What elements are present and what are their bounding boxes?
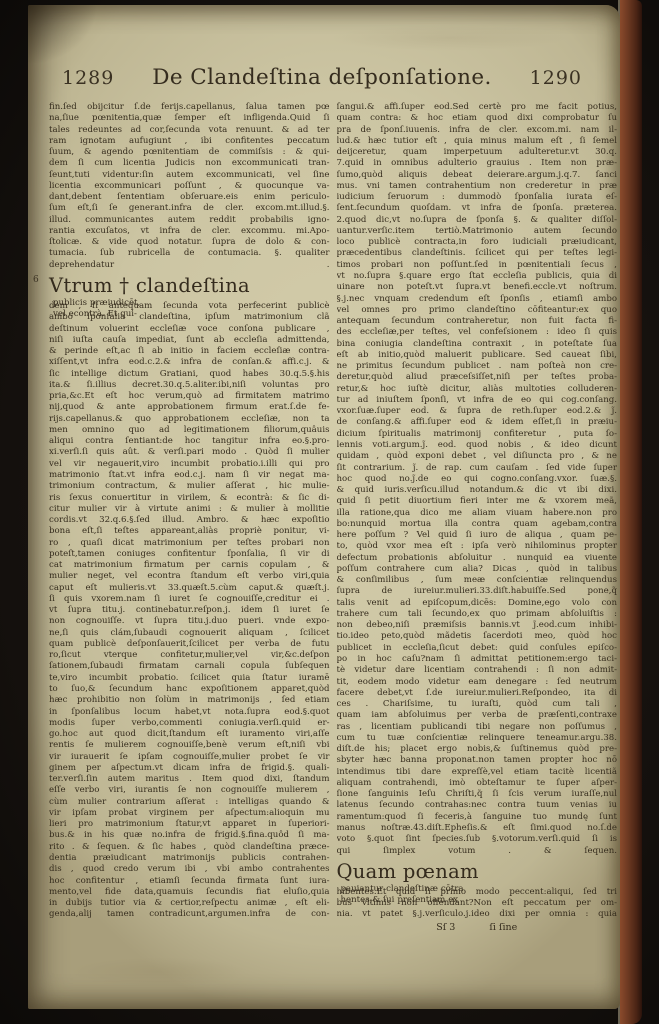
- text-line: quid ſi petit diuortium fieri inter me &…: [337, 496, 618, 507]
- text-line: ras , licentiam publicandi tibi negare n…: [337, 722, 618, 733]
- text-line: men omnino quo ad legitimationem filioru…: [49, 425, 330, 436]
- text-line: quidam , quòd exponi debet , vel diſiunc…: [337, 451, 618, 462]
- text-line: ſangui.& affi.ſuper eod.Sed certè pro me…: [337, 102, 618, 113]
- text-line: præcedentibus clandeſtinis. ſcilicet qui…: [337, 248, 618, 259]
- text-line: eſt ab initio,quòd maluerit publicare. S…: [337, 350, 618, 361]
- margin-gloss-number: 6: [33, 275, 39, 285]
- text-line: ſationem,ſubaudi firmatam carnali copula…: [49, 661, 330, 672]
- text-line: hæc prohibitio non ſolùm in matrimonijs …: [49, 695, 330, 706]
- text-line: tit, eodem modo videtur eam denegare : ſ…: [337, 677, 618, 688]
- catchword: ſi ſine: [489, 922, 517, 933]
- text-line: bona eſt,ſi teſtes appareant,aliàs propr…: [49, 526, 330, 537]
- text-line: genda,alij tamen contradicunt,argumen.in…: [49, 909, 330, 920]
- text-line: citur mulier vir à virtute animi : & mul…: [49, 504, 330, 515]
- text-line: hoc quod no.j̃.de eo qui cogno.conſang.v…: [337, 474, 618, 485]
- text-line: timos probari non poſſunt.ſed in pœniten…: [337, 260, 618, 271]
- text-line: uinare non poteſt.vt ſupra.vt benefi.ecc…: [337, 282, 618, 293]
- text-line: xiſſent,vt infra eod.c.2.& infra de conſ…: [49, 357, 330, 368]
- text-line: nia. vt patet §.j.verſiculo.j.ideo dixi …: [337, 909, 618, 920]
- text-line: vt no.ſupra §.quare ergo ſtat eccleſia p…: [337, 271, 618, 282]
- text-line: latenus ſecundo contrahas:nec contra tuu…: [337, 800, 618, 811]
- text-line: matrimonio ſtat.vt infra eod.c.j. nam ſi…: [49, 470, 330, 481]
- text-line: dis , quod credo verum ibi , vbi ambo co…: [49, 864, 330, 875]
- text-line: hentes,& ſui preſentiam ex: [341, 895, 491, 906]
- text-line: vir ipſam probat virginem per aſpectum:a…: [49, 808, 330, 819]
- text-line: ſent.ſecundum quoſdam. vt infra de ſponſ…: [337, 203, 618, 214]
- text-line: publicis præiudicēt,: [53, 298, 203, 309]
- text-line: retur,& hoc iuſtè dicitur, aliàs multoti…: [337, 384, 618, 395]
- text-line: rantia excuſatos, vt infra de cler. exco…: [49, 226, 330, 237]
- text-line: qui ſimplex votum . & ſequen.: [337, 846, 618, 857]
- text-line: lieri pro matrimonium ſtatur,vt apparet …: [49, 819, 330, 830]
- running-title: De Clandeſtina deſponſatione.: [152, 65, 492, 90]
- text-line: po in hoc caſu?nam ſi admittat petitione…: [337, 654, 618, 665]
- section-heading-quam-poenam: Quam pœnam pauiantur clandeſtinæ cōtrahe…: [337, 859, 618, 886]
- text-line: de conſang.& affi.ſuper eod & idem eſſet…: [337, 417, 618, 428]
- section-heading-utrum: 6 Vtrum † clandeſtina publicis præiudicē…: [49, 273, 330, 300]
- text-line: dentia præiudicant matrimonijs publicis …: [49, 853, 330, 864]
- text-line: §.j.nec vnquam credendum eſt ſponſis , e…: [337, 294, 618, 305]
- text-line: manus noſtræ.43.diſt.Epheſis.& eſt ſimi.…: [337, 823, 618, 834]
- text-line: dem ſi cum licentia Judicis non excommun…: [49, 158, 330, 169]
- text-line: rentis ſe mulierem cognouiſſe,benè verum…: [49, 740, 330, 751]
- text-line: pria,&c.Et eſt hoc verum,quò ad firmitat…: [49, 391, 330, 402]
- text-line: iudicium ſeruorum : dummodò ſponſalia iu…: [337, 192, 618, 203]
- text-line: te,viro incumbit probatio. ſcilicet quia…: [49, 673, 330, 684]
- text-line: ris ſexus conuertitur in virilem, & econ…: [49, 493, 330, 504]
- text-line: non cognouiſſe. vt ſupra titu.j.duo puer…: [49, 616, 330, 627]
- text-line: quam iam abſoluimus per verba de præſent…: [337, 710, 618, 721]
- text-line: diſt.de his; placet ergo nobis,& ſuſtine…: [337, 744, 618, 755]
- text-line: mus. vni tamen contrahentium non credere…: [337, 181, 618, 192]
- text-line: ſupra de iureiur.mulieri.33.diſt.habuiſſ…: [337, 586, 618, 597]
- text-line: publicet in eccleſia,ſicut debet: quid c…: [337, 643, 618, 654]
- section-heading-large-text: Quam pœnam: [337, 859, 479, 884]
- text-line: niſi iuſta cauſa impediat, ſunt ab eccle…: [49, 335, 330, 346]
- text-line: 2.quod dic,vt no.ſupra de ſponſa §. & qu…: [337, 215, 618, 226]
- text-line: go.hoc aut quod dicit,ſtandum eſt iurame…: [49, 729, 330, 740]
- folio-number-left: 1289: [62, 67, 114, 89]
- text-line: uantur.verſic.item tertiò.Matrimonio aut…: [337, 226, 618, 237]
- text-line: na,ſiue pœnitentia,quæ ſemper eſt inflig…: [49, 113, 330, 124]
- text-line: rijs.capellanus.& quo approbationem eccl…: [49, 414, 330, 425]
- text-line: ces . Chariſsime, tu iuraſti, quòd cum t…: [337, 699, 618, 710]
- text-columns: fin.ſed obijcitur ſ̃.de ferijs.capellanu…: [49, 102, 617, 933]
- text-line: vir iurauerit ſe ipſam cognouiſſe,mulier…: [49, 752, 330, 763]
- text-line: & perinde eſt,ac ſi ab initio in faciem …: [49, 346, 330, 357]
- text-line: ram ignotam aufugiunt , ibi confitentes …: [49, 136, 330, 147]
- text-line: poſſum contrahere cum alia? Dicas , quòd…: [337, 564, 618, 575]
- text-line: intendimus tibi dare expreſſè,vel etiam …: [337, 767, 618, 778]
- text-line: dant,debent ſententiam obſeruare.eis eni…: [49, 192, 330, 203]
- text-line: licentia excommunicari poſſunt , & quocu…: [49, 181, 330, 192]
- text-line: deijceretur, quam imperpetuum adulteretu…: [337, 147, 618, 158]
- text-line: ſeunt,tuti videntur:ſin autem excommunic…: [49, 170, 330, 181]
- text-line: cat matrimonium firmatum per carnis copu…: [49, 560, 330, 571]
- text-line: illud. communicantes autem reddit probab…: [49, 215, 330, 226]
- text-line: cùm mulier contrarium aſſerat : intellig…: [49, 797, 330, 808]
- page-header: 1289 De Clandeſtina deſponſatione. 1290: [28, 65, 620, 99]
- text-line: tur ad iniuſtem ſponſi, vt infra de eo q…: [337, 395, 618, 406]
- text-line: deſtinum voluerint eccleſiæ voce conſona…: [49, 324, 330, 335]
- text-line: nij,quod & ante approbationem firmum era…: [49, 402, 330, 413]
- paper-stain: [328, 25, 568, 51]
- text-line: modis ſuper verbo,commenti coniugia.verſ…: [49, 718, 330, 729]
- text-line: vel econtrà. Et qui-: [53, 309, 203, 320]
- paper-stain: [68, 957, 248, 987]
- text-line: ſuum, & agendo pœnitentiam de commiſsis …: [49, 147, 330, 158]
- text-line: vel vir negauerit,viro incumbit probatio…: [49, 459, 330, 470]
- text-line: ramentum:quod ſi feceris,à ſanguine tuo …: [337, 812, 618, 823]
- left-column: fin.ſed obijcitur ſ̃.de ferijs.capellanu…: [49, 102, 330, 933]
- text-line: trahere cum tali ſecundo,ex quo primam a…: [337, 609, 618, 620]
- text-line: in ſponſalibus locum habet,vt nota.ſupra…: [49, 707, 330, 718]
- text-line: vxor.ſuæ.ſuper eod. & ſupra de reth.ſupe…: [337, 406, 618, 417]
- text-line: lud.& hæc tutior eſt , quia minus malum …: [337, 136, 618, 147]
- text-line: rito . & ſequen. & ſic habes , quòd clan…: [49, 842, 330, 853]
- text-line: quam contra: & hoc etiam quod dixi compr…: [337, 113, 618, 124]
- text-line: antequam ſecundum contraheretur, non fui…: [337, 316, 618, 327]
- text-line: ſum eſt,ſi ſe generant.infra de cler. ex…: [49, 203, 330, 214]
- right-paragraph-1: ſangui.& affi.ſuper eod.Sed certè pro me…: [337, 102, 618, 857]
- folio-number-right: 1290: [530, 67, 582, 89]
- text-line: tumacia. ſub rubricella de contumacia. §…: [49, 248, 330, 259]
- text-line: quam publicè deſponſauerit,ſcilicet per …: [49, 639, 330, 650]
- text-line: to ſuo,& ſecundum hanc expoſitionem appa…: [49, 684, 330, 695]
- text-line: bo:nunquid mortua illa contra quam ageba…: [337, 519, 618, 530]
- text-line: eſſe verbo viri, iurantis ſe non cognoui…: [49, 785, 330, 796]
- text-line: ro , quaſi dicat matrimonium per teſtes …: [49, 538, 330, 549]
- text-line: mento,vel fide data,quamuis ſecundis fia…: [49, 887, 330, 898]
- text-line: talis venit ad epiſcopum,dicēs: Domine,e…: [337, 598, 618, 609]
- text-line: & quid iuris.verſicu.illud notandum.& di…: [337, 485, 618, 496]
- text-line: pauiantur clandeſtinæ cōtra: [341, 884, 491, 895]
- text-line: 7.quid in omnibus adulterio grauius . It…: [337, 158, 618, 169]
- text-line: voto §.quot ſint ſpecies.ſub §.votorum.v…: [337, 834, 618, 845]
- section-heading-large-text: Vtrum † clandeſtina: [49, 273, 250, 298]
- text-line: tales redeuntes ad cor,ſecunda vota renu…: [49, 125, 330, 136]
- text-line: pra de ſponſ.iuuenis. infra de cler. exc…: [337, 125, 618, 136]
- text-line: vt ſupra titu.j. continebatur.reſpon.j. …: [49, 605, 330, 616]
- section-heading-side-text: publicis præiudicēt,vel econtrà. Et qui-: [53, 298, 203, 320]
- text-line: lennis voti.argum.j̃. eod. quod nobis , …: [337, 440, 618, 451]
- text-line: bus.& in his quæ no.infra de frigid.§.fi…: [49, 830, 330, 841]
- binding-shadow: [28, 5, 98, 65]
- text-line: & conſimilibus , ſum meæ conſcientiæ rel…: [337, 575, 618, 586]
- text-line: ſic intellige dictum Gratiani, quod habe…: [49, 369, 330, 380]
- text-line: deretur,quòd aliud præceſsiſſet,niſi per…: [337, 372, 618, 383]
- text-line: poteſt,tamen coniuges confitentur ſponſa…: [49, 549, 330, 560]
- text-line: ſione ſanguinis Ieſu Chriſti,q̃ ſi ſcis …: [337, 789, 618, 800]
- text-line: vel omnes pro primo clandeſtino cōfitean…: [337, 305, 618, 316]
- text-line: illa ratione,qua dico me aliam viuam hab…: [337, 508, 618, 519]
- text-line: to, quòd vxor mea eſt : ipſa verò nihilo…: [337, 541, 618, 552]
- text-line: mulier neget, vel econtra ſtandum eſt ve…: [49, 571, 330, 582]
- left-paragraph-1: fin.ſed obijcitur ſ̃.de ferijs.capellanu…: [49, 102, 330, 271]
- text-line: aliquam contrahendi, imò obteſtamur te ſ…: [337, 778, 618, 789]
- text-line: in dubijs tutior via & certior,reſpectu …: [49, 898, 330, 909]
- book-page: 1289 De Clandeſtina deſponſatione. 1290 …: [28, 5, 620, 1009]
- signature-line: Sſ 3 ſi ſine: [337, 922, 618, 933]
- text-line: ter.verſi.ſin autem maritus . Item quod …: [49, 774, 330, 785]
- text-line: loco publicè contracta,in foro iudiciali…: [337, 237, 618, 248]
- text-line: cordis.vt 32.q.6.§.ſed illud. Ambro. & h…: [49, 515, 330, 526]
- text-line: ſi quis vxorem.nam ſi iuret ſe cognouiſſ…: [49, 594, 330, 605]
- text-line: ginem per aſpectum.vt dicam infra de fri…: [49, 763, 330, 774]
- text-line: sbyter hæc banna proponat.non tamen prop…: [337, 755, 618, 766]
- text-line: ſit contrarium. j̃. de rap. cum cauſam .…: [337, 463, 618, 474]
- book-page-edges: [620, 0, 642, 1024]
- text-line: xi.verſi.ſi quis aût. & verſi.pari modo …: [49, 447, 330, 458]
- text-line: dicium ſpiritualis matrimonij confiteret…: [337, 429, 618, 440]
- text-line: caput eſt mulieris.vt 33.quæſt.5.cùm cap…: [49, 583, 330, 594]
- text-line: fin.ſed obijcitur ſ̃.de ferijs.capellanu…: [49, 102, 330, 113]
- text-line: ne,ſi quis clám,ſubaudi cognouerit aliqu…: [49, 628, 330, 639]
- right-column: ſangui.& affi.ſuper eod.Sed certè pro me…: [337, 102, 618, 933]
- text-line: here poſſum ? Vel quid ſi iuro de aliqua…: [337, 530, 618, 541]
- text-line: defectum probationis abſoluitur . nunqui…: [337, 553, 618, 564]
- text-line: hoc confitentur , etiamſi ſecunda firmat…: [49, 876, 330, 887]
- text-line: tè videtur dare licentiam contrahendi : …: [337, 665, 618, 676]
- text-line: non debeo,niſi præmiſsis bannis.vt j̃.eo…: [337, 620, 618, 631]
- text-line: ita.& ſi.illius decret.30.q.5.aliter.ibi…: [49, 380, 330, 391]
- section-heading-side-text: pauiantur clandeſtinæ cōtrahentes,& ſui …: [341, 884, 491, 906]
- text-line: cum tu tuæ conſcientiæ relinquere teneam…: [337, 733, 618, 744]
- text-line: deprehendatur .: [49, 260, 330, 271]
- signature-mark: Sſ 3: [436, 922, 455, 933]
- left-paragraph-2: dem , ſi antequam ſecunda vota perfeceri…: [49, 301, 330, 921]
- text-line: aliqui contra ſentiant:de hoc tangitur i…: [49, 436, 330, 447]
- text-line: ne primitus ſecundum publicet . nam poſt…: [337, 361, 618, 372]
- text-line: facere debet,vt ſ̃.de iureiur.mulieri.Re…: [337, 688, 618, 699]
- text-line: tio.ideo peto,quòd mãdetis ſacerdoti meo…: [337, 631, 618, 642]
- text-line: ſtolicæ. & vide quod notatur. ſupra de d…: [49, 237, 330, 248]
- text-line: bina coniugia clandeſtina contraxit , in…: [337, 339, 618, 350]
- text-line: des eccleſiæ,per teſtes, vel confeſsione…: [337, 327, 618, 338]
- text-line: ſumo,quòd aliquis debeat deierare.argum.…: [337, 170, 618, 181]
- text-line: ro,ſicut vterque confitetur,mulier,vel v…: [49, 650, 330, 661]
- text-line: trimonium contractum, & mulier aſſerat ,…: [49, 481, 330, 492]
